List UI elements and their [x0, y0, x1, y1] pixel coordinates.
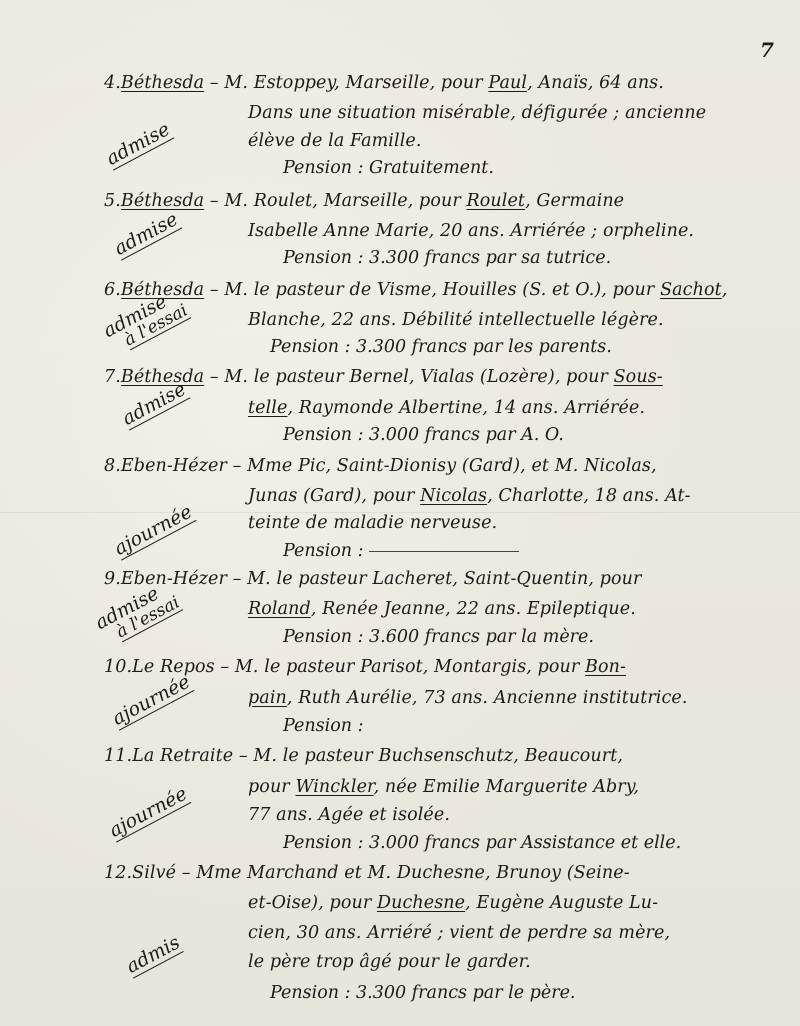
entry-8-decision: ajournée — [112, 502, 195, 558]
entry-11-line-2: pour Winckler, née Emilie Marguerite Abr… — [248, 776, 639, 798]
entry-11-line-3: 77 ans. Agée et isolée. — [248, 804, 450, 826]
resident-surname: Paul — [488, 73, 527, 93]
entry-5-line-1: 5.Béthesda – M. Roulet, Marseille, pour … — [104, 190, 624, 212]
entry-7-line-1: 7.Béthesda – M. le pasteur Bernel, Viala… — [104, 366, 663, 388]
entry-4-decision: admise — [104, 120, 173, 168]
entry-9-line-2: Roland, Renée Jeanne, 22 ans. Epileptiqu… — [248, 598, 636, 620]
entry-8-line-1: 8.Eben-Hézer – Mme Pic, Saint-Dionisy (G… — [104, 455, 657, 477]
entry-5-line-2: Isabelle Anne Marie, 20 ans. Arriérée ; … — [248, 220, 694, 242]
entry-7-pension: Pension : 3.000 francs par A. O. — [283, 424, 564, 446]
entry-10-pension: Pension : — [283, 715, 363, 737]
entry-9-line-1: 9.Eben-Hézer – M. le pasteur Lacheret, S… — [104, 568, 641, 590]
house-name: Béthesda — [121, 73, 204, 93]
entry-12-line-4: le père trop âgé pour le garder. — [248, 951, 531, 973]
entry-12-line-2: et-Oise), pour Duchesne, Eugène Auguste … — [248, 892, 658, 914]
entry-7-line-2: telle, Raymonde Albertine, 14 ans. Arrié… — [248, 397, 645, 419]
entry-6-line-1: 6.Béthesda – M. le pasteur de Visme, Hou… — [104, 279, 727, 301]
entry-4-line-2: Dans une situation misérable, défigurée … — [248, 102, 706, 124]
entry-5-decision: admise — [112, 210, 181, 258]
entry-8-pension: Pension : — [283, 540, 519, 562]
entry-6-line-2: Blanche, 22 ans. Débilité intellectuelle… — [248, 309, 664, 331]
entry-11-pension: Pension : 3.000 francs par Assistance et… — [283, 832, 681, 854]
entry-11-decision: ajournée — [107, 784, 190, 840]
entry-11-line-1: 11.La Retraite – M. le pasteur Buchsensc… — [104, 745, 623, 767]
page-number: 7 — [760, 38, 774, 62]
entry-12-line-1: 12.Silvé – Mme Marchand et M. Duchesne, … — [104, 862, 630, 884]
entry-10-decision: ajournée — [110, 672, 193, 728]
entry-6-pension: Pension : 3.300 francs par les parents. — [270, 336, 612, 358]
entry-12-pension: Pension : 3.300 francs par le père. — [270, 982, 576, 1004]
entry-12-decision: admis — [124, 933, 183, 976]
entry-8-line-3: teinte de maladie nerveuse. — [248, 512, 497, 534]
entry-5-pension: Pension : 3.300 francs par sa tutrice. — [283, 247, 611, 269]
entry-4-line-1: 4.Béthesda – M. Estoppey, Marseille, pou… — [104, 72, 664, 94]
entry-8-line-2: Junas (Gard), pour Nicolas, Charlotte, 1… — [248, 485, 691, 507]
blank-pension-rule — [369, 551, 519, 552]
entry-10-line-2: pain, Ruth Aurélie, 73 ans. Ancienne ins… — [248, 687, 688, 709]
entry-9-pension: Pension : 3.600 francs par la mère. — [283, 626, 594, 648]
entry-4-pension: Pension : Gratuitement. — [283, 157, 494, 179]
entry-4-line-3: élève de la Famille. — [248, 130, 422, 152]
document-page: 7 4.Béthesda – M. Estoppey, Marseille, p… — [0, 0, 800, 1026]
entry-number: 4. — [104, 73, 121, 93]
entry-12-line-3: cien, 30 ans. Arriéré ; vient de perdre … — [248, 922, 670, 944]
